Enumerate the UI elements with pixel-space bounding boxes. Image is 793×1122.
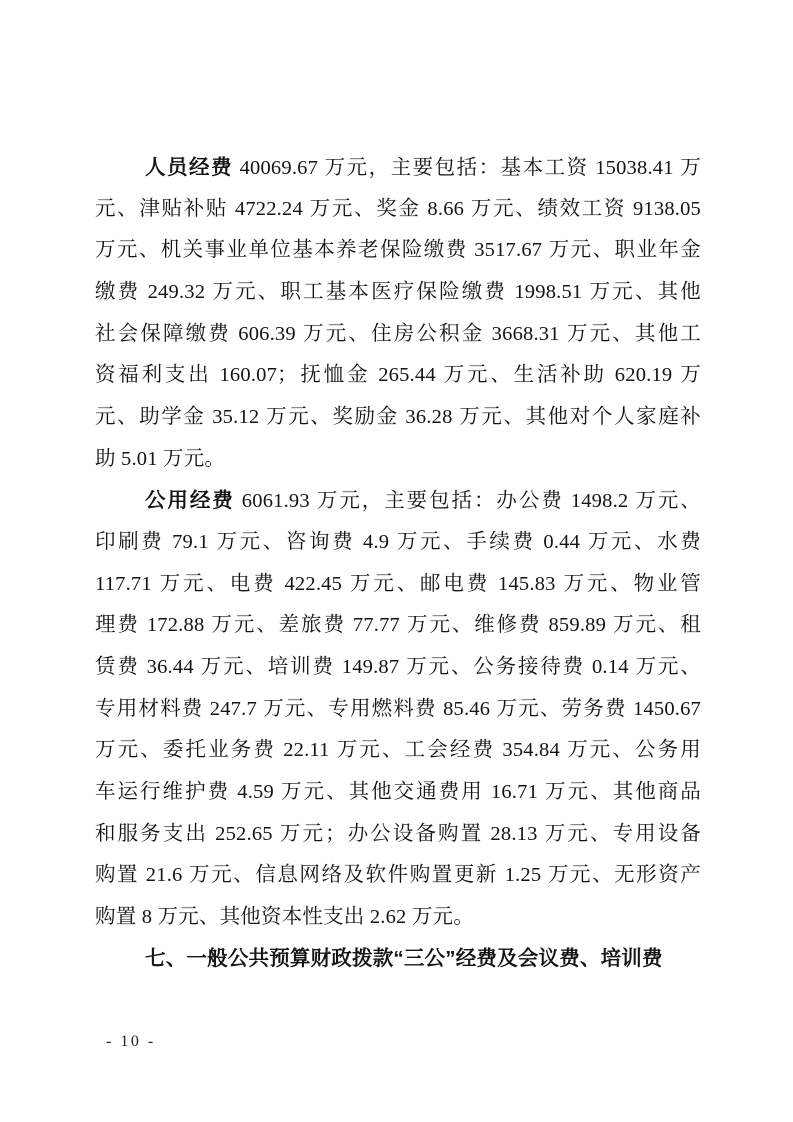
body-text: 理费 172.88 万元、差旅费 77.77 万元、维修费 859.89 万元、… [95,614,701,636]
body-text: 和服务支出 252.65 万元；办公设备购置 28.13 万元、专用设备 [95,823,701,845]
body-text: 购置 21.6 万元、信息网络及软件购置更新 1.25 万元、无形资产 [95,864,701,886]
text-line: 万元、机关事业单位基本养老保险缴费 3517.67 万元、职业年金 [95,230,701,272]
text-line: 万元、委托业务费 22.11 万元、工会经费 354.84 万元、公务用 [95,730,701,772]
body-text: 车运行维护费 4.59 万元、其他交通费用 16.71 万元、其他商品 [95,781,701,803]
text-line: 公用经费 6061.93 万元，主要包括：办公费 1498.2 万元、 [95,480,701,522]
body-text: 6061.93 万元，主要包括：办公费 1498.2 万元、 [235,490,701,512]
body-text: 元、助学金 35.12 万元、奖励金 36.28 万元、其他对个人家庭补 [95,406,701,428]
text-line: 理费 172.88 万元、差旅费 77.77 万元、维修费 859.89 万元、… [95,605,701,647]
text-line: 117.71 万元、电费 422.45 万元、邮电费 145.83 万元、物业管 [95,564,701,606]
body-text: 助 5.01 万元。 [95,448,225,470]
body-text: 万元、机关事业单位基本养老保险缴费 3517.67 万元、职业年金 [95,239,701,261]
text-line: 元、津贴补贴 4722.24 万元、奖金 8.66 万元、绩效工资 9138.0… [95,189,701,231]
body-text: 资福利支出 160.07；抚恤金 265.44 万元、生活补助 620.19 万 [95,364,701,386]
body-text: 元、津贴补贴 4722.24 万元、奖金 8.66 万元、绩效工资 9138.0… [95,198,701,220]
text-line: 资福利支出 160.07；抚恤金 265.44 万元、生活补助 620.19 万 [95,355,701,397]
body-text: 万元、委托业务费 22.11 万元、工会经费 354.84 万元、公务用 [95,739,701,761]
text-line: 缴费 249.32 万元、职工基本医疗保险缴费 1998.51 万元、其他 [95,272,701,314]
document-page: 人员经费 40069.67 万元，主要包括：基本工资 15038.41 万元、津… [0,0,793,1122]
bold-lead-text: 人员经费 [145,156,233,179]
body-text: 专用材料费 247.7 万元、专用燃料费 85.46 万元、劳务费 1450.6… [95,698,701,720]
text-line: 助 5.01 万元。 [95,439,701,481]
text-line: 印刷费 79.1 万元、咨询费 4.9 万元、手续费 0.44 万元、水费 [95,522,701,564]
text-block: 人员经费 40069.67 万元，主要包括：基本工资 15038.41 万元、津… [95,147,701,980]
text-line: 购置 21.6 万元、信息网络及软件购置更新 1.25 万元、无形资产 [95,855,701,897]
text-line: 和服务支出 252.65 万元；办公设备购置 28.13 万元、专用设备 [95,814,701,856]
text-line: 人员经费 40069.67 万元，主要包括：基本工资 15038.41 万 [95,147,701,189]
text-line: 元、助学金 35.12 万元、奖励金 36.28 万元、其他对个人家庭补 [95,397,701,439]
text-line: 车运行维护费 4.59 万元、其他交通费用 16.71 万元、其他商品 [95,772,701,814]
text-line: 赁费 36.44 万元、培训费 149.87 万元、公务接待费 0.14 万元、 [95,647,701,689]
text-line: 购置 8 万元、其他资本性支出 2.62 万元。 [95,897,701,939]
body-text: 赁费 36.44 万元、培训费 149.87 万元、公务接待费 0.14 万元、 [95,656,701,678]
bold-lead-text: 公用经费 [145,489,235,512]
bold-lead-text: 七、一般公共预算财政拨款“三公”经费及会议费、培训费 [145,947,663,970]
body-text: 40069.67 万元，主要包括：基本工资 15038.41 万 [233,157,701,179]
body-text: 117.71 万元、电费 422.45 万元、邮电费 145.83 万元、物业管 [95,573,701,595]
page-number: - 10 - [106,1033,156,1051]
section-heading: 七、一般公共预算财政拨款“三公”经费及会议费、培训费 [95,938,701,980]
text-line: 社会保障缴费 606.39 万元、住房公积金 3668.31 万元、其他工 [95,314,701,356]
body-text: 缴费 249.32 万元、职工基本医疗保险缴费 1998.51 万元、其他 [95,281,701,303]
text-line: 专用材料费 247.7 万元、专用燃料费 85.46 万元、劳务费 1450.6… [95,689,701,731]
body-text: 购置 8 万元、其他资本性支出 2.62 万元。 [95,906,474,928]
body-text: 社会保障缴费 606.39 万元、住房公积金 3668.31 万元、其他工 [95,323,701,345]
body-text: 印刷费 79.1 万元、咨询费 4.9 万元、手续费 0.44 万元、水费 [95,531,701,553]
